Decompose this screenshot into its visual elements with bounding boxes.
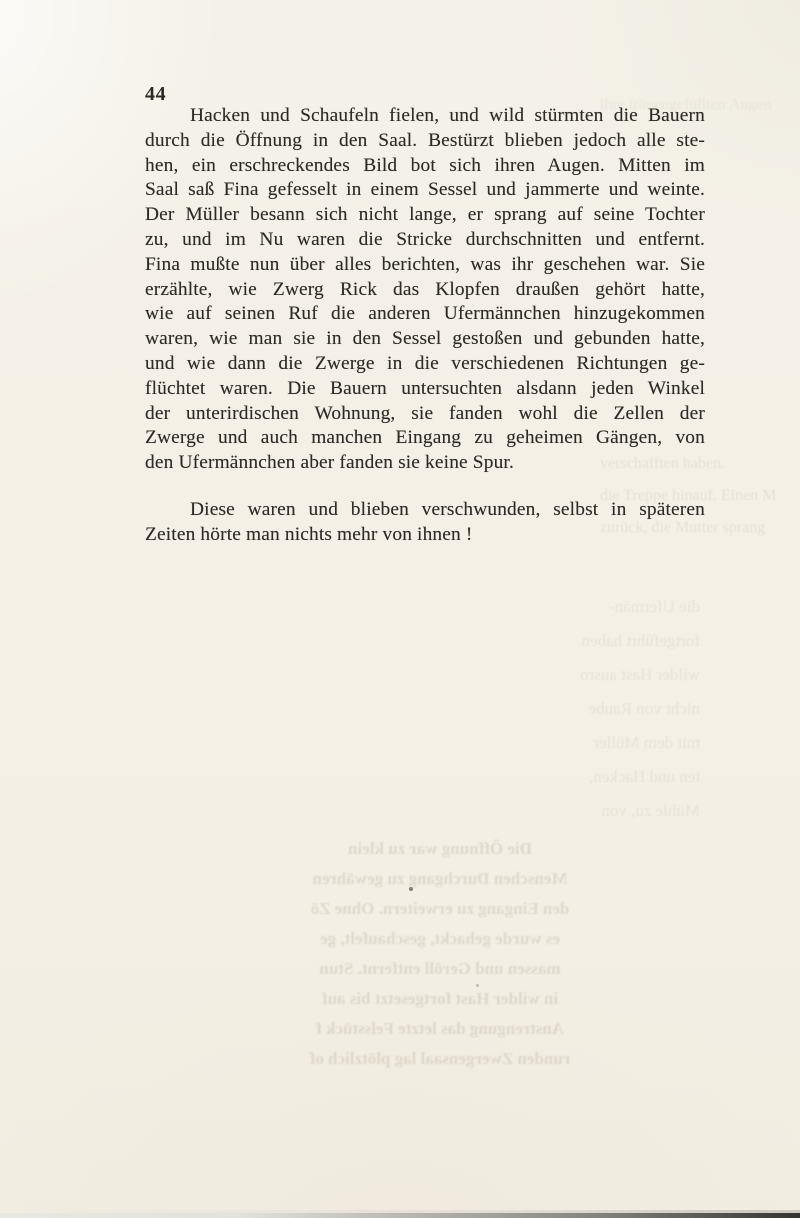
bleed-line: Menschen Durchgang zu gewähren [180,864,700,894]
bleed-line: in wilder Hast fortgesetzt bis auf [180,984,700,1014]
text-line: Fina mußte nun über alles berichten, was… [145,253,705,278]
text-line: Diese waren und blieben verschwunden, se… [145,498,705,523]
text-line: Zeiten hörte man nichts mehr von ihnen ! [145,523,705,548]
paragraph: Hacken und Schaufeln fielen, und wild st… [145,104,705,476]
bleed-line: die Ufermän- [140,590,700,624]
text-line: erzählte, wie Zwerg Rick das Klopfen dra… [145,278,705,303]
text-line: durch die Öffnung in den Saal. Bestürzt … [145,129,705,154]
ink-speck [409,887,413,891]
bleed-line: fortgeführt haben [140,624,700,658]
text-line: hen, ein erschreckendes Bild bot sich ih… [145,154,705,179]
bleed-line: den Eingang zu erweitern. Ohne Zö [180,894,700,924]
text-line: wie auf seinen Ruf die anderen Ufermännc… [145,302,705,327]
ink-speck [476,984,479,987]
scanned-page: die Ufermän- fortgeführt haben wilder Ha… [0,0,800,1218]
body-text: Hacken und Schaufeln fielen, und wild st… [145,104,705,548]
text-line: flüchtet waren. Die Bauern untersuchten … [145,377,705,402]
bleed-through-text: die Ufermän- fortgeführt haben wilder Ha… [140,590,700,828]
bleed-line: Die Öffnung war zu klein [180,834,700,864]
text-line: den Ufermännchen aber fanden sie keine S… [145,451,705,476]
text-line: Zwerge und auch manchen Eingang zu gehei… [145,426,705,451]
bleed-line: Anstrengung das letzte Felsstück f [180,1014,700,1044]
bleed-line: mit dem Müller [140,726,700,760]
text-line: zu, und im Nu waren die Stricke durchsch… [145,228,705,253]
bleed-line: es wurde gehackt, geschaufelt, ge [180,924,700,954]
bleed-line: Mühle zu, von [140,794,700,828]
bleed-line: massen und Geröll entfernt. Stun [180,954,700,984]
scan-edge-shadow [0,1213,800,1218]
bleed-line: ten und Hacken, [140,760,700,794]
text-line: Saal saß Fina gefesselt in einem Sessel … [145,178,705,203]
bleed-line: nicht von Raube [140,692,700,726]
bleed-line: wilder Hast ausro [140,658,700,692]
text-line: der unterirdischen Wohnung, sie fanden w… [145,402,705,427]
text-line: waren, wie man sie in den Sessel gestoße… [145,327,705,352]
text-line: Hacken und Schaufeln fielen, und wild st… [145,104,705,129]
text-line: und wie dann die Zwerge in die verschied… [145,352,705,377]
text-line: Der Müller besann sich nicht lange, er s… [145,203,705,228]
bleed-line: runden Zwergensaal lag plötzlich of [180,1044,700,1074]
page-number: 44 [145,82,166,106]
bleed-through-text: Die Öffnung war zu klein Menschen Durchg… [180,834,700,1074]
paragraph: Diese waren und blieben verschwunden, se… [145,498,705,548]
